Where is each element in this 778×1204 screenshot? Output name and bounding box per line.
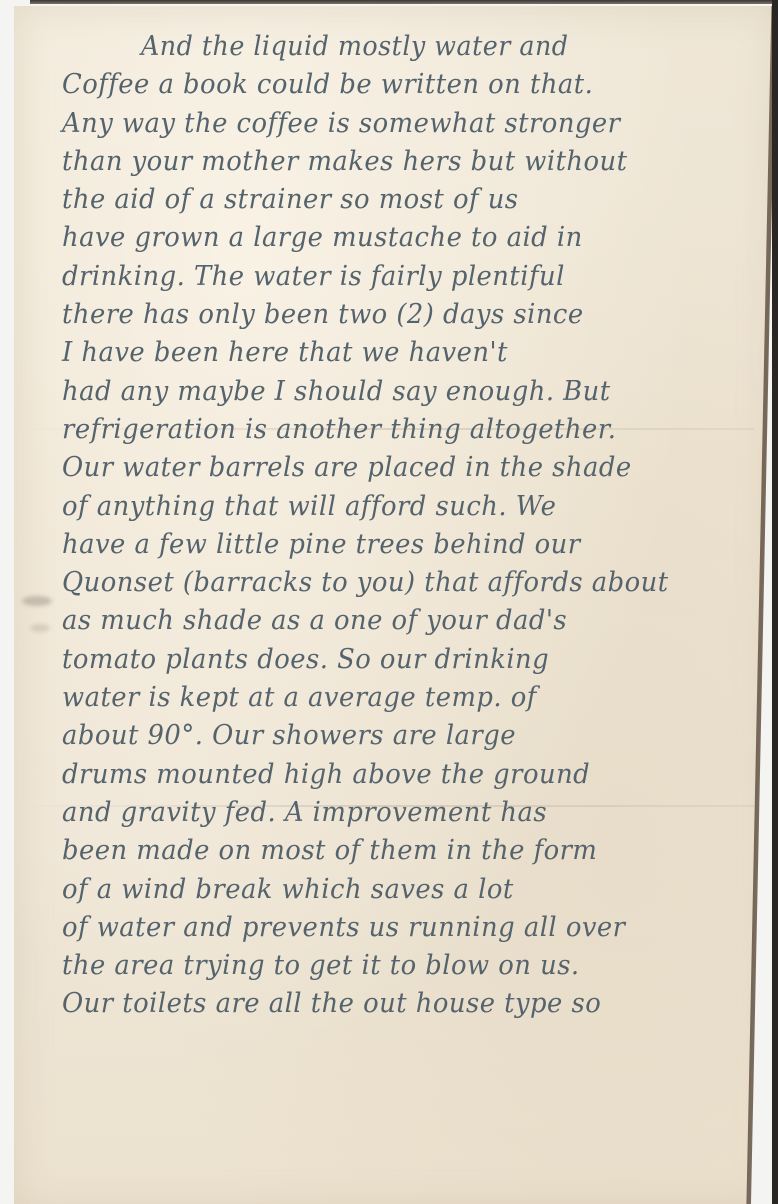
letter-line: Our toilets are all the out house type s… xyxy=(62,985,712,1023)
letter-line: the area trying to get it to blow on us. xyxy=(62,947,712,985)
letter-line: have grown a large mustache to aid in xyxy=(62,219,712,257)
letter-line: there has only been two (2) days since xyxy=(62,296,712,334)
letter-line: I have been here that we haven't xyxy=(62,334,712,372)
letter-line: of water and prevents us running all ove… xyxy=(62,909,712,947)
letter-line: Our water barrels are placed in the shad… xyxy=(62,449,712,487)
letter-line: had any maybe I should say enough. But xyxy=(62,373,712,411)
letter-line: refrigeration is another thing altogethe… xyxy=(62,411,712,449)
ink-smudge xyxy=(30,624,50,632)
letter-line: than your mother makes hers but without xyxy=(62,143,712,181)
letter-line: Any way the coffee is somewhat stronger xyxy=(62,105,712,143)
ink-smudge xyxy=(22,596,52,606)
letter-line: Coffee a book could be written on that. xyxy=(62,66,712,104)
letter-line: of a wind break which saves a lot xyxy=(62,871,712,909)
scanner-top-edge xyxy=(30,0,778,4)
letter-line: water is kept at a average temp. of xyxy=(62,679,712,717)
letter-line: And the liquid mostly water and xyxy=(62,28,701,66)
letter-line: Quonset (barracks to you) that affords a… xyxy=(62,564,712,602)
letter-line: tomato plants does. So our drinking xyxy=(62,641,712,679)
letter-line: of anything that will afford such. We xyxy=(62,488,712,526)
letter-line: drinking. The water is fairly plentiful xyxy=(62,258,712,296)
letter-line: about 90°. Our showers are large xyxy=(62,717,712,755)
letter-line: have a few little pine trees behind our xyxy=(62,526,712,564)
letter-line: and gravity fed. A improvement has xyxy=(62,794,712,832)
letter-line: been made on most of them in the form xyxy=(62,832,712,870)
letter-line: drums mounted high above the ground xyxy=(62,756,712,794)
letter-line: the aid of a strainer so most of us xyxy=(62,181,712,219)
scanner-right-border xyxy=(772,0,778,1204)
letter-line: as much shade as a one of your dad's xyxy=(62,602,712,640)
handwritten-letter-body: And the liquid mostly water and Coffee a… xyxy=(62,28,742,1024)
